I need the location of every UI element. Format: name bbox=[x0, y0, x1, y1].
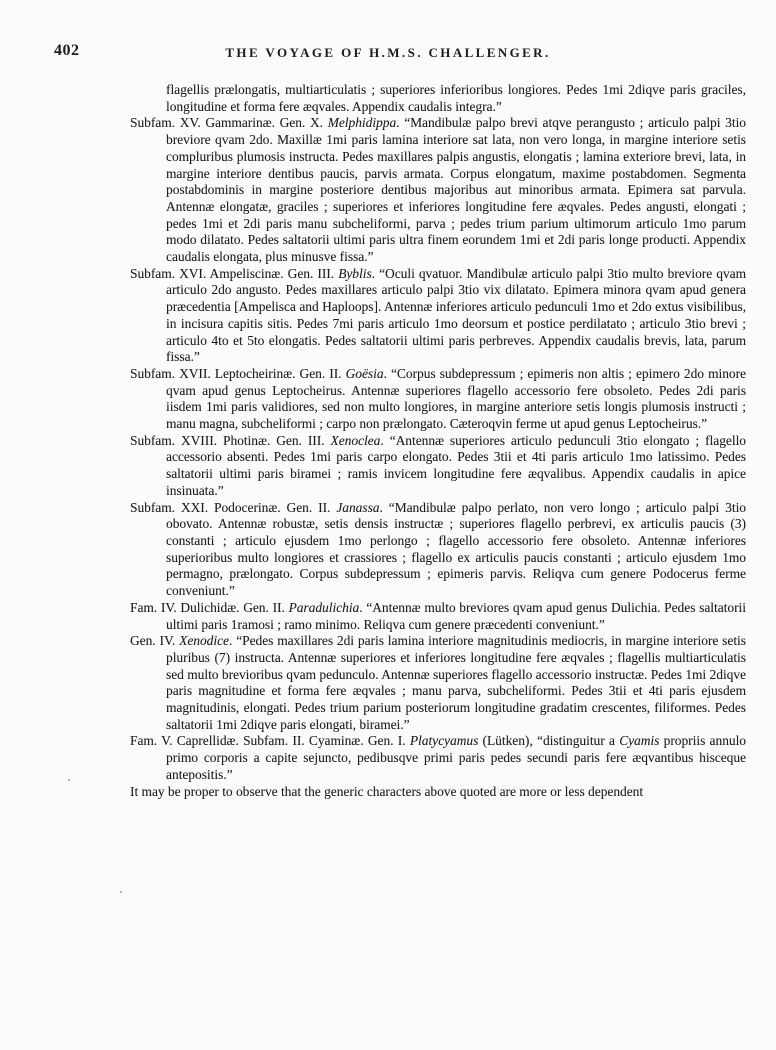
text-run: . “Mandibulæ palpo brevi atqve perangust… bbox=[166, 115, 746, 264]
scan-speck bbox=[120, 891, 122, 893]
text-run: Subfam. XXI. Podocerinæ. Gen. II. bbox=[130, 500, 336, 515]
taxon-name: Melphidippa bbox=[328, 115, 396, 130]
text-run: Subfam. XVIII. Photinæ. Gen. III. bbox=[130, 433, 331, 448]
taxon-name: Goësia bbox=[346, 366, 384, 381]
book-page: 402 THE VOYAGE OF H.M.S. CHALLENGER. fla… bbox=[0, 0, 776, 1050]
text-run: flagellis prælongatis, multiarticulatis … bbox=[166, 82, 746, 114]
paragraph: flagellis prælongatis, multiarticulatis … bbox=[130, 82, 746, 115]
paragraph: Subfam. XVI. Ampeliscinæ. Gen. III. Bybl… bbox=[130, 266, 746, 366]
taxon-name: Byblis bbox=[338, 266, 371, 281]
paragraph: Subfam. XVIII. Photinæ. Gen. III. Xenocl… bbox=[130, 433, 746, 500]
paragraph: Subfam. XVII. Leptocheirinæ. Gen. II. Go… bbox=[130, 366, 746, 433]
text-run: Subfam. XV. Gammarinæ. Gen. X. bbox=[130, 115, 328, 130]
paragraph: Subfam. XXI. Podocerinæ. Gen. II. Janass… bbox=[130, 500, 746, 600]
paragraph: Fam. V. Caprellidæ. Subfam. II. Cyaminæ.… bbox=[130, 733, 746, 783]
text-body: flagellis prælongatis, multiarticulatis … bbox=[130, 82, 746, 800]
scan-speck bbox=[68, 779, 70, 781]
taxon-name: Janassa bbox=[336, 500, 379, 515]
paragraph: Fam. IV. Dulichidæ. Gen. II. Paradulichi… bbox=[130, 600, 746, 633]
text-run: Fam. IV. Dulichidæ. Gen. II. bbox=[130, 600, 289, 615]
paragraph: Subfam. XV. Gammarinæ. Gen. X. Melphidip… bbox=[130, 115, 746, 265]
text-run: . “Pedes maxillares 2di paris lamina int… bbox=[166, 633, 746, 732]
paragraph: It may be proper to observe that the gen… bbox=[130, 784, 746, 801]
taxon-name: Xenoclea bbox=[331, 433, 381, 448]
text-run: Subfam. XVII. Leptocheirinæ. Gen. II. bbox=[130, 366, 346, 381]
text-run: Gen. IV. bbox=[130, 633, 179, 648]
text-run: Subfam. XVI. Ampeliscinæ. Gen. III. bbox=[130, 266, 338, 281]
taxon-name: Xenodice bbox=[179, 633, 229, 648]
text-run: Fam. V. Caprellidæ. Subfam. II. Cyaminæ.… bbox=[130, 733, 410, 748]
text-run: It may be proper to observe that the gen… bbox=[130, 784, 643, 799]
paragraph: Gen. IV. Xenodice. “Pedes maxillares 2di… bbox=[130, 633, 746, 733]
running-title: THE VOYAGE OF H.M.S. CHALLENGER. bbox=[0, 45, 776, 61]
text-run: (Lütken), “distinguitur a bbox=[478, 733, 619, 748]
taxon-name: Paradulichia bbox=[289, 600, 360, 615]
taxon-name: Cyamis bbox=[619, 733, 659, 748]
taxon-name: Platycyamus bbox=[410, 733, 478, 748]
